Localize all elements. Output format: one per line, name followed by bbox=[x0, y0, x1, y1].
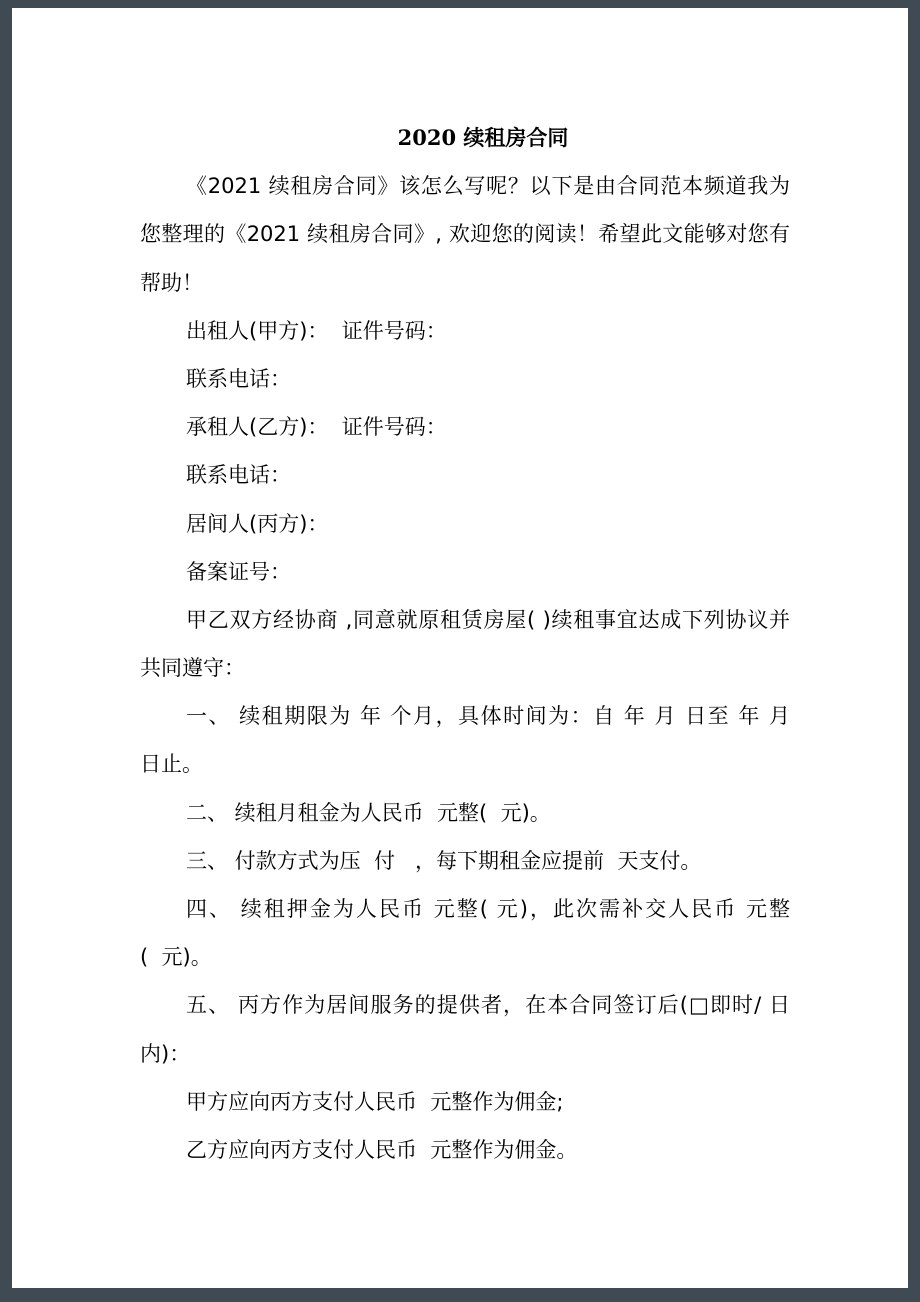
document-line: 居间人(丙方)： bbox=[140, 500, 790, 548]
document-line: 备案证号： bbox=[140, 548, 790, 596]
document-line: 内)： bbox=[140, 1030, 790, 1078]
document-frame: 2020 续租房合同 《2021 续租房合同》该怎么写呢？以下是由合同范本频道我… bbox=[0, 0, 920, 1302]
document-line: 联系电话： bbox=[140, 451, 790, 499]
document-line: 五、 丙方作为居间服务的提供者，在本合同签订后(□即时/ 日 bbox=[140, 981, 790, 1029]
document-line: 甲乙双方经协商 ,同意就原租赁房屋( )续租事宜达成下列协议并 bbox=[140, 596, 790, 644]
document-line: 帮助！ bbox=[140, 259, 790, 307]
document-line: 承租人(乙方)： 证件号码： bbox=[140, 403, 790, 451]
document-line: 二、 续租月租金为人民币 元整( 元)。 bbox=[140, 789, 790, 837]
document-line: 甲方应向丙方支付人民币 元整作为佣金; bbox=[140, 1078, 790, 1126]
document-line: 共同遵守： bbox=[140, 644, 790, 692]
document-line: ( 元)。 bbox=[140, 933, 790, 981]
document-line: 联系电话： bbox=[140, 355, 790, 403]
document-line: 四、 续租押金为人民币 元整( 元)，此次需补交人民币 元整 bbox=[140, 885, 790, 933]
document-line: 您整理的《2021 续租房合同》, 欢迎您的阅读！希望此文能够对您有 bbox=[140, 210, 790, 258]
document-line: 乙方应向丙方支付人民币 元整作为佣金。 bbox=[140, 1126, 790, 1174]
document-title: 2020 续租房合同 bbox=[140, 114, 790, 162]
document-line: 出租人(甲方)： 证件号码： bbox=[140, 307, 790, 355]
document-line: 《2021 续租房合同》该怎么写呢？以下是由合同范本频道我为 bbox=[140, 162, 790, 210]
document-line: 日止。 bbox=[140, 740, 790, 788]
document-content: 2020 续租房合同 《2021 续租房合同》该怎么写呢？以下是由合同范本频道我… bbox=[140, 114, 790, 1174]
document-line: 一、 续租期限为 年 个月，具体时间为：自 年 月 日至 年 月 bbox=[140, 692, 790, 740]
document-page: 2020 续租房合同 《2021 续租房合同》该怎么写呢？以下是由合同范本频道我… bbox=[12, 8, 908, 1288]
document-line: 三、 付款方式为压 付 ，每下期租金应提前 天支付。 bbox=[140, 837, 790, 885]
